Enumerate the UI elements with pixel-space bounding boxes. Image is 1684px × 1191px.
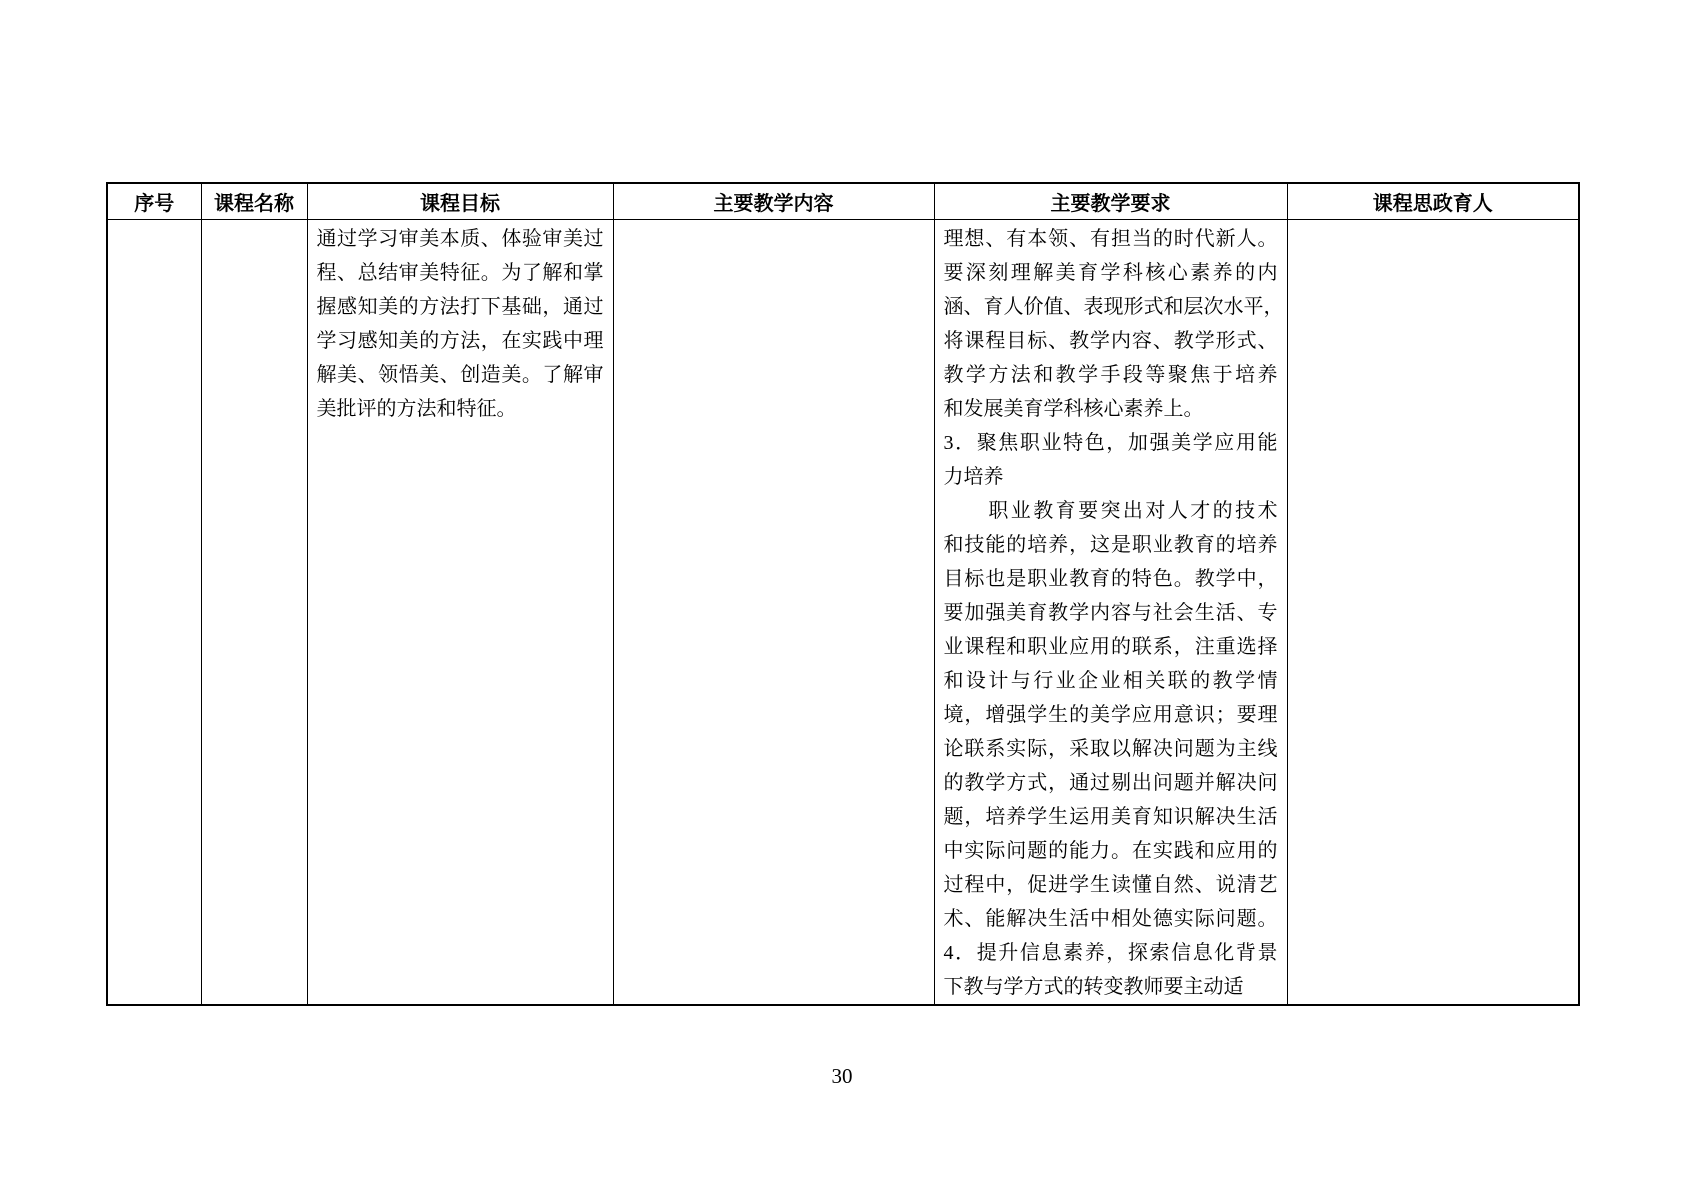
col-header-index: 序号 [107, 183, 201, 219]
table-header-row: 序号 课程名称 课程目标 主要教学内容 主要教学要求 课程思政育人 [107, 183, 1579, 219]
cell-course-objectives: 通过学习审美本质、体验审美过程、总结审美特征。为了解和掌握感知美的方法打下基础，… [307, 219, 613, 1005]
table-row: 通过学习审美本质、体验审美过程、总结审美特征。为了解和掌握感知美的方法打下基础，… [107, 219, 1579, 1005]
text-line: 业课程和职业应用的联系，注重选择 [944, 630, 1278, 664]
text-line: 要深刻理解美育学科核心素养的内 [944, 256, 1278, 290]
course-objectives-text: 通过学习审美本质、体验审美过程、总结审美特征。为了解和掌握感知美的方法打下基础，… [317, 222, 604, 426]
text-line: 的教学方式，通过剔出问题并解决问 [944, 766, 1278, 800]
col-header-course-name: 课程名称 [201, 183, 307, 219]
text-line: 程、总结审美特征。为了解和掌 [317, 256, 604, 290]
cell-teaching-content [613, 219, 934, 1005]
text-line: 握感知美的方法打下基础，通过 [317, 290, 604, 324]
text-line: 中实际问题的能力。在实践和应用的 [944, 834, 1278, 868]
text-line: 涵、育人价值、表现形式和层次水平， [944, 290, 1278, 324]
text-line: 下教与学方式的转变教师要主动适 [944, 970, 1278, 1004]
text-line: 通过学习审美本质、体验审美过 [317, 222, 604, 256]
col-header-teaching-content: 主要教学内容 [613, 183, 934, 219]
text-line: 题，培养学生运用美育知识解决生活 [944, 800, 1278, 834]
text-line: 3．聚焦职业特色，加强美学应用能 [944, 426, 1278, 460]
text-line: 教学方法和教学手段等聚焦于培养 [944, 358, 1278, 392]
text-line: 学习感知美的方法，在实践中理 [317, 324, 604, 358]
teaching-requirements-text: 理想、有本领、有担当的时代新人。要深刻理解美育学科核心素养的内涵、育人价值、表现… [944, 222, 1278, 1004]
text-line: 论联系实际，采取以解决问题为主线 [944, 732, 1278, 766]
col-header-teaching-requirements: 主要教学要求 [934, 183, 1287, 219]
col-header-course-objectives: 课程目标 [307, 183, 613, 219]
cell-index [107, 219, 201, 1005]
text-line: 和发展美育学科核心素养上。 [944, 392, 1278, 426]
text-line: 术、能解决生活中相处德实际问题。 [944, 902, 1278, 936]
text-line: 和设计与行业企业相关联的教学情 [944, 664, 1278, 698]
text-line: 力培养 [944, 460, 1278, 494]
cell-teaching-requirements: 理想、有本领、有担当的时代新人。要深刻理解美育学科核心素养的内涵、育人价值、表现… [934, 219, 1287, 1005]
text-line: 要加强美育教学内容与社会生活、专 [944, 596, 1278, 630]
text-line: 4．提升信息素养，探索信息化背景 [944, 936, 1278, 970]
text-line: 将课程目标、教学内容、教学形式、 [944, 324, 1278, 358]
cell-ideology-education [1287, 219, 1579, 1005]
text-line: 理想、有本领、有担当的时代新人。 [944, 222, 1278, 256]
text-line: 过程中，促进学生读懂自然、说清艺 [944, 868, 1278, 902]
text-line: 境，增强学生的美学应用意识；要理 [944, 698, 1278, 732]
course-table: 序号 课程名称 课程目标 主要教学内容 主要教学要求 课程思政育人 通过学习审美… [106, 182, 1580, 1006]
col-header-ideology-education: 课程思政育人 [1287, 183, 1579, 219]
text-line: 和技能的培养，这是职业教育的培养 [944, 528, 1278, 562]
text-line: 解美、领悟美、创造美。了解审 [317, 358, 604, 392]
cell-course-name [201, 219, 307, 1005]
document-page: 序号 课程名称 课程目标 主要教学内容 主要教学要求 课程思政育人 通过学习审美… [0, 0, 1684, 1191]
page-number: 30 [0, 1064, 1684, 1089]
text-line: 职业教育要突出对人才的技术 [944, 494, 1278, 528]
text-line: 美批评的方法和特征。 [317, 392, 604, 426]
text-line: 目标也是职业教育的特色。教学中， [944, 562, 1278, 596]
